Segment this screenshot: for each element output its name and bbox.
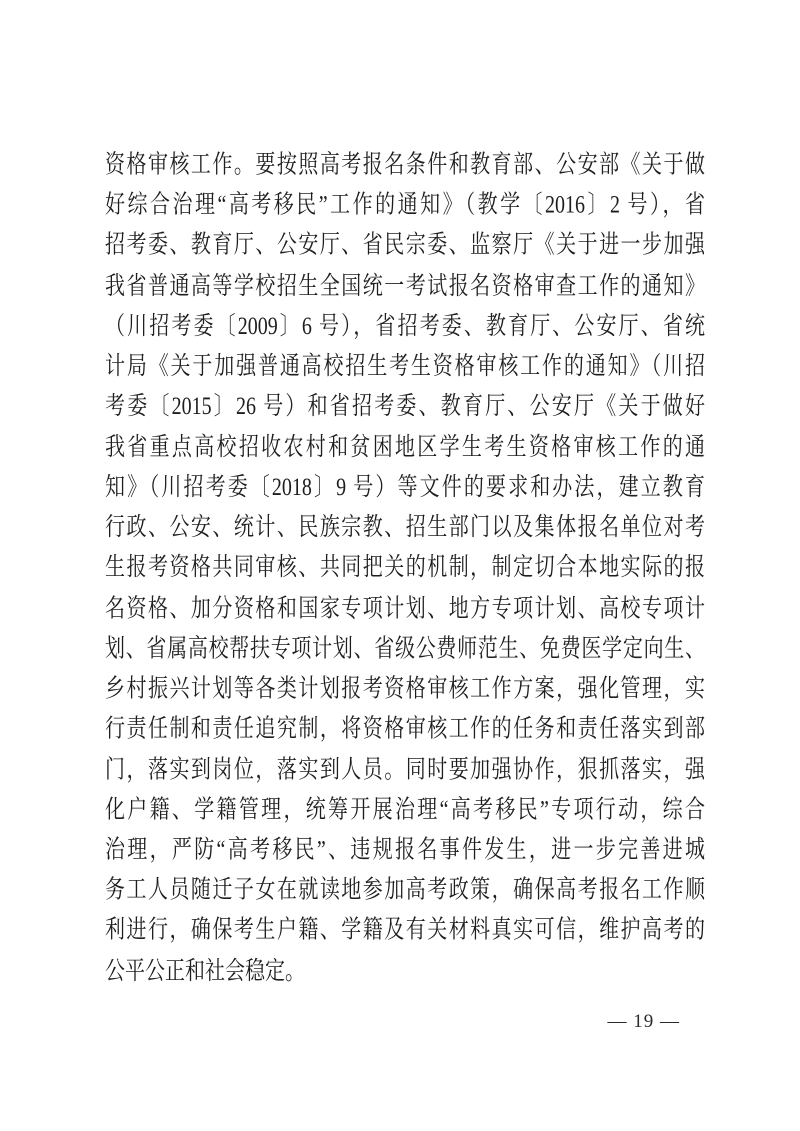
text-line: 门，落实到岗位，落实到人员。同时要加强协作，狠抓落实，强 — [105, 749, 705, 789]
text-line: 化户籍、学籍管理，统筹开展治理“高考移民”专项行动，综合 — [105, 790, 705, 830]
text-line: 公平公正和社会稳定。 — [105, 951, 705, 991]
page-number: — 19 — — [608, 1010, 681, 1034]
text-line: 行政、公安、统计、民族宗教、招生部门以及集体报名单位对考 — [105, 508, 705, 548]
text-line: 治理，严防“高考移民”、违规报名事件发生，进一步完善进城 — [105, 830, 705, 870]
text-line: 资格审核工作。要按照高考报名条件和教育部、公安部《关于做 — [105, 145, 705, 185]
text-line: 我省重点高校招收农村和贫困地区学生考生资格审核工作的通 — [105, 427, 705, 467]
text-line: 行责任制和责任追究制，将资格审核工作的任务和责任落实到部 — [105, 709, 705, 749]
text-line: 好综合治理“高考移民”工作的通知》（教学〔2016〕2 号），省 — [105, 185, 705, 225]
text-line: 考委〔2015〕26 号）和省招考委、教育厅、公安厅《关于做好 — [105, 387, 705, 427]
text-line: （川招考委〔2009〕6 号），省招考委、教育厅、公安厅、省统 — [105, 306, 705, 346]
text-line: 名资格、加分资格和国家专项计划、地方专项计划、高校专项计 — [105, 588, 705, 628]
text-line: 招考委、教育厅、公安厅、省民宗委、监察厅《关于进一步加强 — [105, 226, 705, 266]
text-line: 务工人员随迁子女在就读地参加高考政策，确保高考报名工作顺 — [105, 870, 705, 910]
text-line: 计局《关于加强普通高校招生考生资格审核工作的通知》（川招 — [105, 346, 705, 386]
document-page: 资格审核工作。要按照高考报名条件和教育部、公安部《关于做 好综合治理“高考移民”… — [0, 0, 800, 1131]
text-line: 我省普通高等学校招生全国统一考试报名资格审查工作的通知》 — [105, 266, 705, 306]
text-line: 生报考资格共同审核、共同把关的机制，制定切合本地实际的报 — [105, 548, 705, 588]
text-line: 利进行，确保考生户籍、学籍及有关材料真实可信，维护高考的 — [105, 911, 705, 951]
text-line: 知》（川招考委〔2018〕9 号）等文件的要求和办法，建立教育 — [105, 467, 705, 507]
document-body: 资格审核工作。要按照高考报名条件和教育部、公安部《关于做 好综合治理“高考移民”… — [105, 145, 705, 991]
text-line: 乡村振兴计划等各类计划报考资格审核工作方案，强化管理，实 — [105, 669, 705, 709]
text-line: 划、省属高校帮扶专项计划、省级公费师范生、免费医学定向生、 — [105, 629, 705, 669]
